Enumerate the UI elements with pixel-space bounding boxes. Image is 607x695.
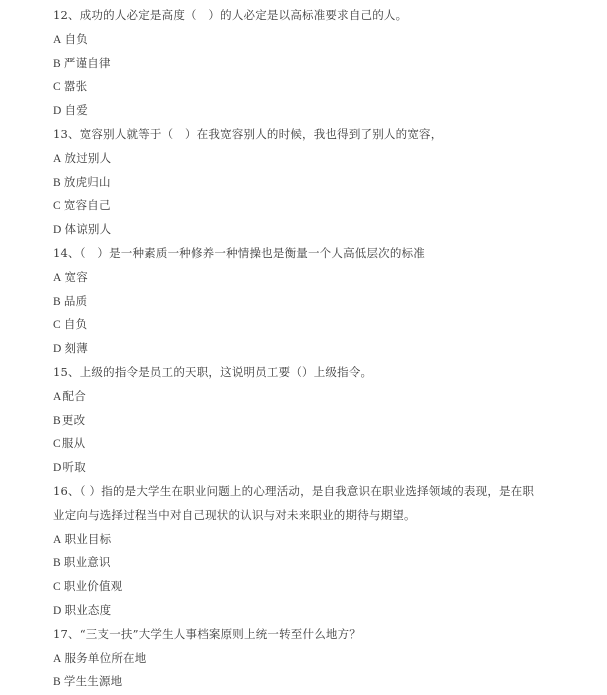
question-14-option-b[interactable]: B品质	[53, 290, 593, 314]
option-text: 刻薄	[65, 341, 88, 355]
question-12-option-a[interactable]: A自负	[53, 28, 593, 52]
question-15-option-a[interactable]: A配合	[53, 385, 593, 409]
question-16-text-line-2: 业定向与选择过程当中对自己现状的认识与对未来职业的期待与期望。	[53, 504, 593, 528]
option-text: 自爱	[65, 103, 88, 117]
option-text: 自负	[65, 32, 88, 46]
option-text: 职业目标	[65, 532, 112, 546]
option-text: 自负	[64, 317, 87, 331]
option-text: 职业意识	[64, 555, 111, 569]
question-14-text: 14、（ ）是一种素质一种修养一种情操也是衡量一个人高低层次的标准	[53, 242, 593, 266]
option-text: 服从	[62, 436, 85, 450]
option-letter: B	[53, 291, 61, 315]
option-letter: A	[53, 29, 62, 53]
question-16-text-line-1: 16、（ ）指的是大学生在职业问题上的心理活动，是自我意识在职业选择领域的表现，…	[53, 480, 593, 504]
option-letter: C	[53, 195, 61, 219]
option-letter: C	[53, 76, 61, 100]
option-text: 配合	[63, 389, 86, 403]
option-text: 职业价值观	[64, 579, 123, 593]
question-13-option-b[interactable]: B放虎归山	[53, 171, 593, 195]
option-letter: D	[53, 338, 62, 362]
question-14-option-c[interactable]: C自负	[53, 313, 593, 337]
option-text: 宽容	[65, 270, 88, 284]
question-13-option-d[interactable]: D体谅别人	[53, 218, 593, 242]
question-15-option-b[interactable]: B更改	[53, 409, 593, 433]
option-letter: B	[53, 552, 61, 576]
question-13-option-c[interactable]: C宽容自己	[53, 194, 593, 218]
option-letter: B	[53, 172, 61, 196]
question-15-option-d[interactable]: D听取	[53, 456, 593, 480]
question-17-option-b[interactable]: B学生生源地	[53, 670, 593, 694]
option-letter: D	[53, 100, 62, 124]
option-letter: A	[53, 386, 62, 410]
question-17-option-a[interactable]: A服务单位所在地	[53, 647, 593, 671]
option-letter: B	[53, 53, 61, 77]
option-text: 放过别人	[65, 151, 112, 165]
option-text: 更改	[62, 413, 85, 427]
option-text: 职业态度	[65, 603, 112, 617]
option-text: 严谨自律	[64, 56, 111, 70]
option-text: 学生生源地	[64, 674, 123, 688]
question-16-option-a[interactable]: A职业目标	[53, 528, 593, 552]
question-13-option-a[interactable]: A放过别人	[53, 147, 593, 171]
question-13-text: 13、宽容别人就等于（ ）在我宽容别人的时候，我也得到了别人的宽容，	[53, 123, 593, 147]
option-letter: A	[53, 648, 62, 672]
option-text: 体谅别人	[65, 222, 112, 236]
question-12-option-b[interactable]: B严谨自律	[53, 52, 593, 76]
question-16-option-b[interactable]: B职业意识	[53, 551, 593, 575]
question-14-option-a[interactable]: A宽容	[53, 266, 593, 290]
question-14-option-d[interactable]: D刻薄	[53, 337, 593, 361]
option-text: 宽容自己	[64, 198, 111, 212]
question-15-text: 15、上级的指令是员工的天职，这说明员工要（）上级指令。	[53, 361, 593, 385]
exam-document: 12、成功的人必定是高度（ ）的人必定是以高标准要求自己的人。 A自负 B严谨自…	[53, 4, 593, 694]
option-text: 嚣张	[64, 79, 87, 93]
question-16-option-d[interactable]: D职业态度	[53, 599, 593, 623]
question-16-option-c[interactable]: C职业价值观	[53, 575, 593, 599]
option-text: 品质	[64, 294, 87, 308]
option-letter: A	[53, 529, 62, 553]
option-letter: A	[53, 148, 62, 172]
option-letter: D	[53, 457, 62, 481]
question-12-option-c[interactable]: C嚣张	[53, 75, 593, 99]
option-text: 服务单位所在地	[65, 651, 147, 665]
question-17-text: 17、“三支一扶”大学生人事档案原则上统一转至什么地方？	[53, 623, 593, 647]
option-letter: A	[53, 267, 62, 291]
option-letter: B	[53, 671, 61, 695]
question-12-text: 12、成功的人必定是高度（ ）的人必定是以高标准要求自己的人。	[53, 4, 593, 28]
question-12-option-d[interactable]: D自爱	[53, 99, 593, 123]
option-text: 放虎归山	[64, 175, 111, 189]
question-15-option-c[interactable]: C服从	[53, 432, 593, 456]
option-letter: C	[53, 433, 61, 457]
option-letter: D	[53, 219, 62, 243]
option-letter: B	[53, 410, 61, 434]
option-letter: C	[53, 576, 61, 600]
option-text: 听取	[63, 460, 86, 474]
option-letter: D	[53, 600, 62, 624]
option-letter: C	[53, 314, 61, 338]
